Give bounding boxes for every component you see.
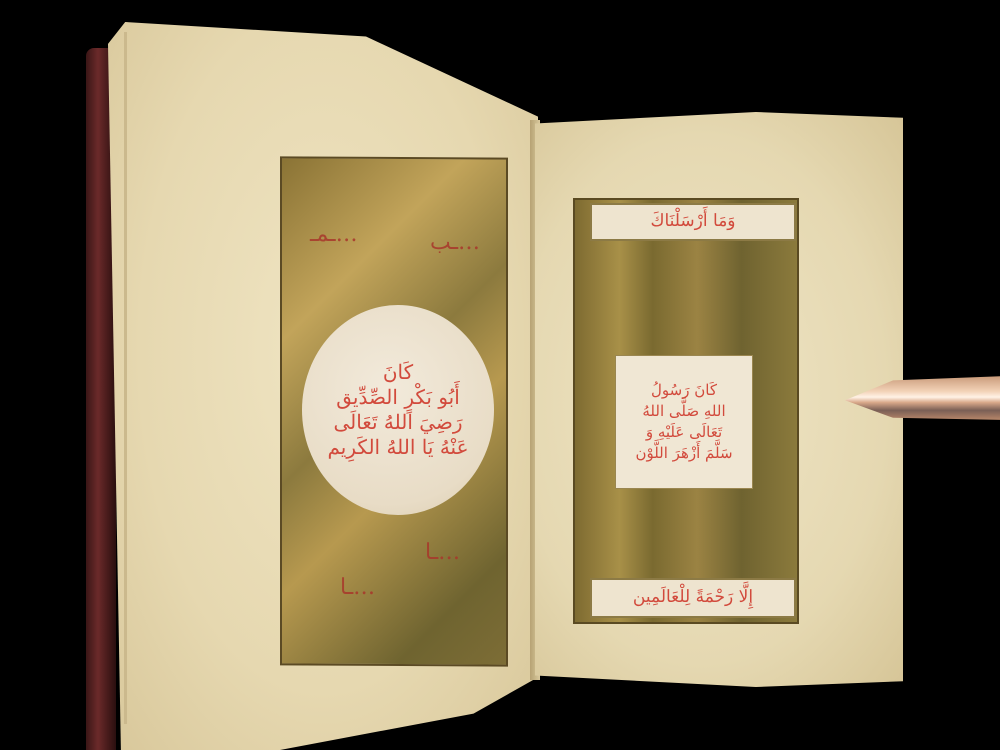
bottom-verse-band: إِلَّا رَحْمَةً لِلْعَالَمِين — [590, 578, 796, 618]
top-note-2: …ـب — [430, 230, 480, 255]
center-line-1: كَانَ رَسُولُ — [651, 380, 717, 401]
medallion-line-1: كَانَ — [383, 360, 413, 385]
calligraphy-medallion: كَانَ أَبُو بَكْرٍ الصِّدِّيق رَضِيَ الل… — [302, 305, 494, 515]
page-edge — [124, 32, 127, 724]
center-line-4: سَلَّمَ أَزْهَرَ اللَّوْن — [635, 443, 732, 464]
top-note-1: …ـمـ — [310, 222, 358, 247]
bottom-verse-text: إِلَّا رَحْمَةً لِلْعَالَمِين — [633, 587, 753, 608]
medallion-line-4: عَنْهُ يَا اللهُ الكَرِيم — [327, 435, 468, 460]
bottom-note-1: …ـا — [340, 575, 375, 600]
center-line-2: اللهِ صَلَّى اللهُ — [642, 401, 725, 422]
photo-scene: …ـمـ …ـب كَانَ أَبُو بَكْرٍ الصِّدِّيق ر… — [0, 0, 1000, 750]
medallion-line-2: أَبُو بَكْرٍ الصِّدِّيق — [336, 385, 460, 410]
bottom-note-2: …ـا — [425, 540, 460, 565]
medallion-line-3: رَضِيَ اللهُ تَعَالَى — [333, 410, 462, 435]
top-verse-band: وَمَا أَرْسَلْنَاكَ — [590, 203, 796, 241]
top-verse-text: وَمَا أَرْسَلْنَاكَ — [650, 211, 735, 232]
center-text-box: كَانَ رَسُولُ اللهِ صَلَّى اللهُ تَعَالَ… — [615, 355, 753, 489]
center-line-3: تَعَالَى عَلَيْهِ وَ — [646, 422, 722, 443]
